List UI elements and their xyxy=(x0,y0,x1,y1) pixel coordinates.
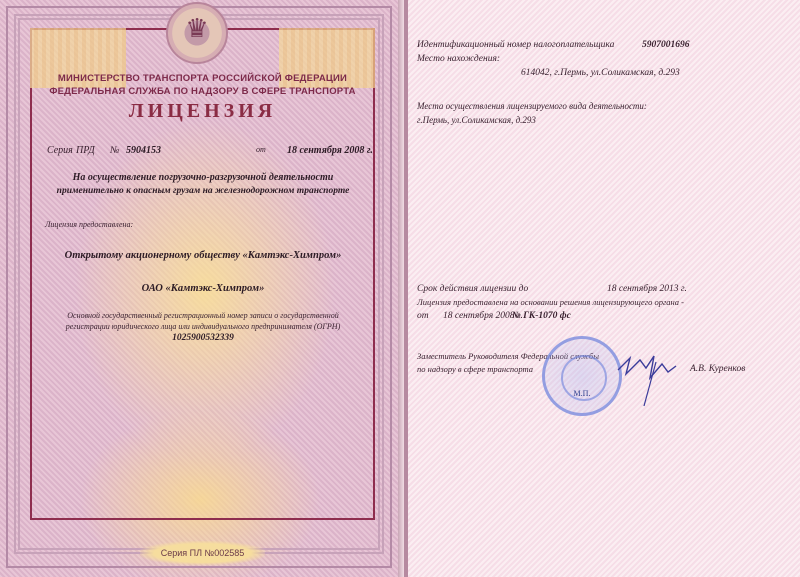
order-number: № ГК-1070 фс xyxy=(512,311,571,321)
ministry-name: МИНИСТЕРСТВО ТРАНСПОРТА РОССИЙСКОЙ ФЕДЕР… xyxy=(30,73,375,84)
inn-label: Идентификационный номер налогоплательщик… xyxy=(417,40,614,50)
document-title: ЛИЦЕНЗИЯ xyxy=(30,100,375,123)
issued-to-label: Лицензия предоставлена: xyxy=(45,220,133,229)
issue-date: 18 сентября 2008 г. xyxy=(287,145,373,156)
location-label: Место нахождения: xyxy=(417,54,500,64)
date-prefix: от xyxy=(256,145,266,154)
signer-title-line-2: по надзору в сфере транспорта xyxy=(417,364,533,374)
license-front-page: ♛ МИНИСТЕРСТВО ТРАНСПОРТА РОССИЙСКОЙ ФЕД… xyxy=(0,0,400,577)
validity-date: 18 сентября 2013 г. xyxy=(607,284,687,294)
ogrn-label-line-1: Основной государственный регистрационный… xyxy=(36,311,370,320)
number-label: № xyxy=(110,145,119,156)
inn-value: 5907001696 xyxy=(642,40,690,50)
validity-label: Срок действия лицензии до xyxy=(417,284,528,294)
license-number: 5904153 xyxy=(126,145,161,156)
double-headed-eagle-icon: ♛ xyxy=(168,16,226,42)
activity-line-2: применительно к опасным грузам на железн… xyxy=(36,186,370,196)
company-short-name: ОАО «Камтэкс-Химпром» xyxy=(36,283,370,294)
stamp-label: М.П. xyxy=(545,389,619,398)
signer-name: А.В. Куренков xyxy=(690,364,745,374)
activity-place-label: Места осуществления лицензируемого вида … xyxy=(417,101,647,111)
order-basis-label: Лицензия предоставлена на основании реше… xyxy=(417,297,684,307)
coat-of-arms-icon: ♛ xyxy=(166,2,228,64)
page-edge xyxy=(404,0,408,577)
series-label: Серия xyxy=(47,145,73,156)
company-full-name: Открытому акционерному обществу «Камтэкс… xyxy=(36,250,370,261)
activity-place-value: г.Пермь, ул.Соликамская, д.293 xyxy=(417,115,536,125)
order-date-prefix: от xyxy=(417,311,429,321)
official-seal-stamp: М.П. xyxy=(542,336,622,416)
activity-line-1: На осуществление погрузочно-разгрузочной… xyxy=(36,172,370,183)
agency-name: ФЕДЕРАЛЬНАЯ СЛУЖБА ПО НАДЗОРУ В СФЕРЕ ТР… xyxy=(30,86,375,97)
ogrn-label-line-2: регистрации юридического лица или индиви… xyxy=(36,322,370,331)
series-value: ПРД xyxy=(76,145,95,156)
order-date: 18 сентября 2008 г. xyxy=(443,311,523,321)
ogrn-value: 1025900532339 xyxy=(36,333,370,343)
signature-icon xyxy=(616,348,696,408)
license-spread: ♛ МИНИСТЕРСТВО ТРАНСПОРТА РОССИЙСКОЙ ФЕД… xyxy=(0,0,800,577)
location-value: 614042, г.Пермь, ул.Соликамская, д.293 xyxy=(521,68,680,78)
blank-series-number: Серия ПЛ №002585 xyxy=(140,541,265,565)
